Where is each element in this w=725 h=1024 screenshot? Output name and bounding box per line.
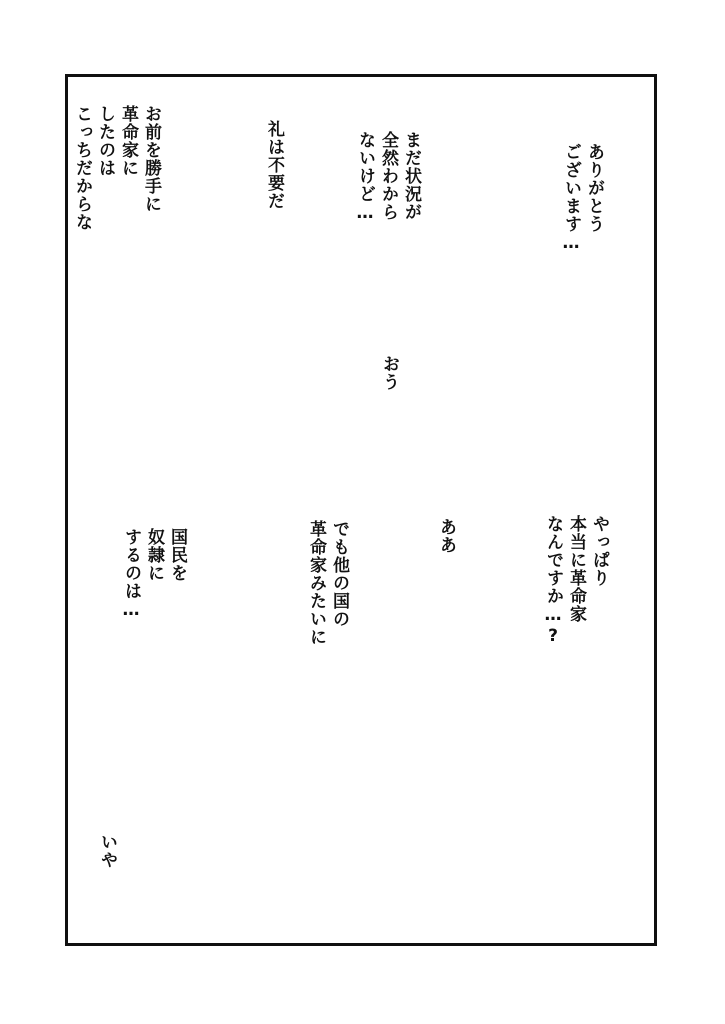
dialogue-enslave-the-people: 国民を 奴隷に するのは… (119, 528, 188, 621)
dialogue-thanks: ありがとう ございます… (559, 143, 605, 254)
dialogue-aa: ああ (434, 518, 457, 554)
dialogue-really-a-revolutionary: やっぱり 本当に革命家 なんですか…? (541, 515, 610, 647)
dialogue-made-you-revolutionary: お前を勝手に 革命家に したのは こっちだからな (70, 105, 162, 231)
dialogue-situation-unclear: まだ状況が 全然わから ないけど… (353, 131, 422, 224)
dialogue-no-thanks-needed: 礼は不要だ (262, 120, 285, 210)
dialogue-iya: いや (95, 833, 118, 869)
dialogue-ou: おう (377, 355, 400, 391)
manga-page: ありがとう ございます… まだ状況が 全然わから ないけど… 礼は不要だ お前を… (0, 0, 725, 1024)
dialogue-like-other-revolutionaries: でも他の国の 革命家みたいに (304, 520, 350, 646)
